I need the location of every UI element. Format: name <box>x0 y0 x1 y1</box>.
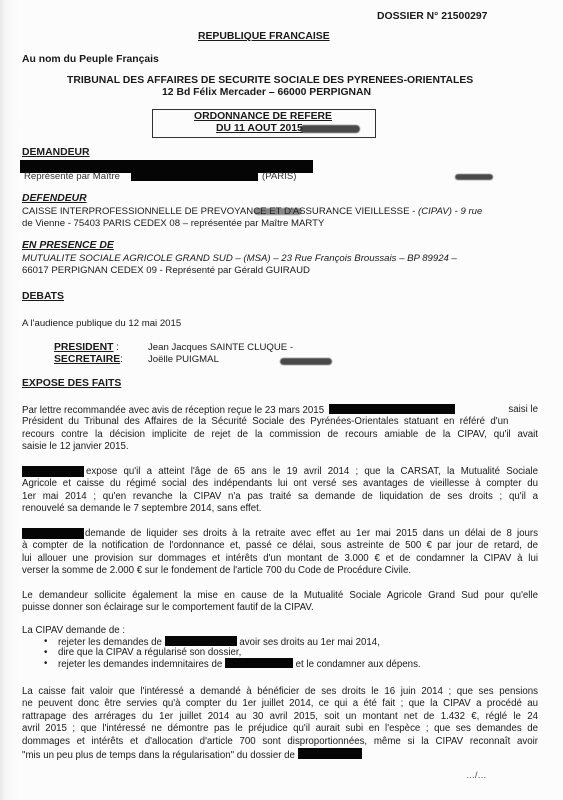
ordonnance-date: DU 11 AOUT 2015 <box>216 123 303 134</box>
republique-heading: REPUBLIQUE FRANCAISE <box>198 31 330 42</box>
paragraph-demande: demande de liquider ses droits à la retr… <box>22 528 538 578</box>
bullet-icon: • <box>44 636 47 647</box>
bullet-item: dire que la CIPAV a régularisé son dossi… <box>58 647 241 658</box>
bullet-icon: • <box>44 647 47 658</box>
audience-date: A l'audience publique du 12 mai 2015 <box>22 318 181 329</box>
redacted-block <box>22 466 84 477</box>
redacted-block <box>225 658 293 668</box>
ordonnance-title: ORDONNANCE DE REFERE <box>194 111 332 122</box>
represente-city: (PARIS) <box>262 171 296 182</box>
en-presence-heading: EN PRESENCE DE <box>22 240 114 251</box>
tribunal-address: 12 Bd Félix Mercader – 66000 PERPIGNAN <box>162 87 371 98</box>
paragraph-saisine: Par lettre recommandée avec avis de réce… <box>22 404 538 454</box>
secretaire-name: Joëlle PUIGMAL <box>148 354 219 365</box>
defendeur-line1: CAISSE INTERPROFESSIONNELLE DE PREVOYANC… <box>22 206 482 217</box>
paragraph-expose: expose qu'il a atteint l'âge de 65 ans l… <box>22 466 538 516</box>
en-presence-line1: MUTUALITE SOCIALE AGRICOLE GRAND SUD – (… <box>22 253 457 264</box>
stamp-scribble <box>280 358 332 365</box>
paragraph-caisse: La caisse fait valoir que l'intéressé a … <box>22 686 538 760</box>
redacted-block <box>165 636 237 646</box>
redacted-block <box>22 528 84 539</box>
redacted-block <box>131 170 258 181</box>
en-presence-line2: 66017 PERPIGNAN CEDEX 09 - Représenté pa… <box>22 265 310 276</box>
demandeur-heading: DEMANDEUR <box>22 147 90 158</box>
dossier-number: DOSSIER N° 21500297 <box>377 11 487 22</box>
bullet-icon: • <box>44 658 47 669</box>
stamp-scribble <box>300 125 360 133</box>
document-page: DOSSIER N° 21500297 REPUBLIQUE FRANCAISE… <box>0 0 563 800</box>
stamp-scribble <box>254 208 302 215</box>
bullet-item: rejeter les demandes indemnitaires de et… <box>58 658 421 670</box>
defendeur-line2: de Vienne - 75403 PARIS CEDEX 08 – repré… <box>22 218 324 229</box>
tribunal-name: TRIBUNAL DES AFFAIRES DE SECURITE SOCIAL… <box>67 75 473 86</box>
redacted-block <box>298 748 362 759</box>
represente-par: Représenté par Maître <box>24 171 120 182</box>
secretaire-label: SECRETAIRE <box>54 354 120 365</box>
defendeur-heading: DEFENDEUR <box>22 193 87 204</box>
redacted-block <box>329 404 455 414</box>
continuation-mark: …/… <box>466 770 487 780</box>
stamp-scribble <box>455 174 493 180</box>
au-nom-du-peuple: Au nom du Peuple Français <box>22 54 159 65</box>
expose-heading: EXPOSE DES FAITS <box>22 378 121 389</box>
debats-heading: DEBATS <box>22 291 64 302</box>
president-label: PRESIDENT <box>54 342 113 353</box>
president-name: Jean Jacques SAINTE CLUQUE - <box>148 342 293 353</box>
president-colon: : <box>116 342 119 353</box>
secretaire-colon: : <box>120 354 123 365</box>
paragraph-mise-en-cause: Le demandeur sollicite également la mise… <box>22 590 538 615</box>
cipav-intro: La CIPAV demande de : <box>22 625 125 636</box>
